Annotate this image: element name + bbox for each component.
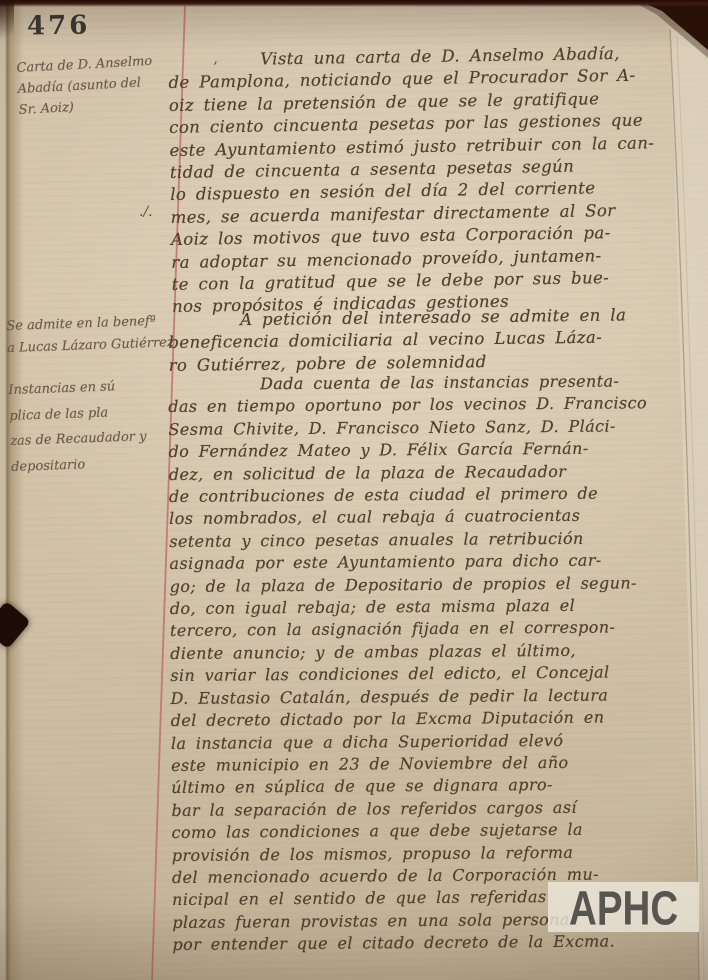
binding-corner-top-left xyxy=(0,0,14,48)
book-binding-left xyxy=(0,0,24,980)
watermark-badge: APHC xyxy=(548,882,699,932)
paragraph-beneficencia: A petición del interesado se admite en l… xyxy=(168,304,701,378)
margin-note-instancias: Instancias en sú plica de las pla zas de… xyxy=(8,373,148,480)
manuscript-line: go; de la plaza de Depositario de propio… xyxy=(170,571,702,598)
paragraph-carta-aoiz: Vista una carta de D. Anselmo Abadía, de… xyxy=(168,42,704,319)
paragraph-instancias-plazas: Dada cuenta de las instancias presenta- … xyxy=(168,370,705,957)
section-mark: ./. xyxy=(139,204,153,220)
margin-note-line: zas de Recaudador y xyxy=(10,424,147,454)
margin-note-line: depositario xyxy=(11,450,148,480)
book-top-edge xyxy=(0,0,708,7)
margin-note-carta-abadia: Carta de D. Anselmo Abadía (asunto del S… xyxy=(16,51,155,121)
page-number: 476 xyxy=(27,10,91,41)
manuscript-line: das en tiempo oportuno por los vecinos D… xyxy=(168,392,700,419)
watermark-text: APHC xyxy=(569,879,678,935)
manuscript-page: 476 Carta de D. Anselmo Abadía (asunto d… xyxy=(0,0,708,980)
margin-note-beneficencia: Se admite en la benefª a Lucas Lázaro Gu… xyxy=(6,310,174,360)
